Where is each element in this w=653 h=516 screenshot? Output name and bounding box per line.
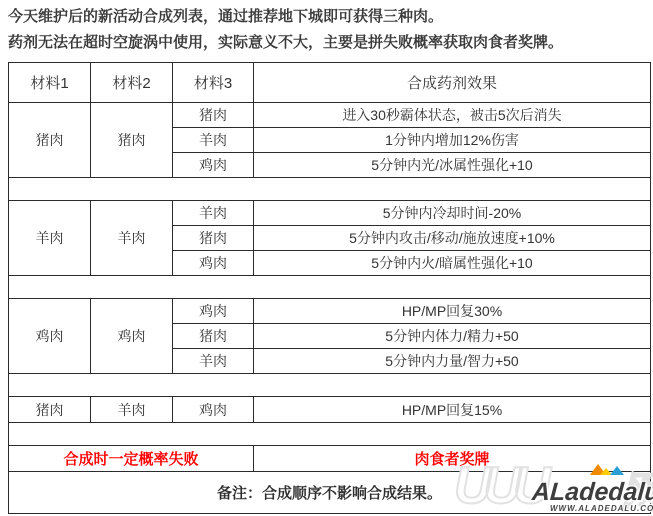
spacer-cell	[9, 374, 651, 397]
effect-cell: 5分钟内力量/智力+50	[254, 349, 651, 374]
material-cell: 猪肉	[9, 103, 91, 178]
synthesis-table: 材料1 材料2 材料3 合成药剂效果 猪肉 猪肉 猪肉 进入30秒霸体状态，被击…	[8, 62, 651, 514]
spacer-cell	[9, 276, 651, 299]
header-material-3: 材料3	[173, 63, 254, 103]
material-cell: 鸡肉	[173, 397, 254, 423]
material-cell: 羊肉	[173, 349, 254, 374]
spacer-cell	[9, 423, 651, 446]
effect-cell: 5分钟内攻击/移动/施放速度+10%	[254, 226, 651, 251]
spacer-row	[9, 276, 651, 299]
effect-cell: 5分钟内体力/精力+50	[254, 324, 651, 349]
failure-note-cell: 合成时一定概率失败	[9, 446, 254, 472]
material-cell: 羊肉	[91, 201, 173, 276]
table-row: 猪肉 猪肉 猪肉 进入30秒霸体状态，被击5次后消失	[9, 103, 651, 128]
material-cell: 羊肉	[91, 397, 173, 423]
material-cell: 猪肉	[173, 226, 254, 251]
material-cell: 鸡肉	[9, 299, 91, 374]
table-row: 羊肉 羊肉 羊肉 5分钟内冷却时间-20%	[9, 201, 651, 226]
spacer-cell	[9, 178, 651, 201]
material-cell: 猪肉	[173, 324, 254, 349]
page: 今天维护后的新活动合成列表，通过推荐地下城即可获得三种肉。 药剂无法在超时空旋涡…	[0, 0, 653, 516]
material-cell: 猪肉	[173, 103, 254, 128]
effect-cell: HP/MP回复15%	[254, 397, 651, 423]
effect-cell: HP/MP回复30%	[254, 299, 651, 324]
material-cell: 羊肉	[9, 201, 91, 276]
table-row: 猪肉 羊肉 鸡肉 HP/MP回复15%	[9, 397, 651, 423]
spacer-row	[9, 178, 651, 201]
failure-row: 合成时一定概率失败 肉食者奖牌	[9, 446, 651, 472]
material-cell: 猪肉	[9, 397, 91, 423]
material-cell: 猪肉	[91, 103, 173, 178]
material-cell: 鸡肉	[173, 299, 254, 324]
material-cell: 羊肉	[173, 201, 254, 226]
table-row: 鸡肉 鸡肉 鸡肉 HP/MP回复30%	[9, 299, 651, 324]
header-material-1: 材料1	[9, 63, 91, 103]
material-cell: 鸡肉	[91, 299, 173, 374]
effect-cell: 5分钟内火/暗属性强化+10	[254, 251, 651, 276]
material-cell: 鸡肉	[173, 153, 254, 178]
header-effect: 合成药剂效果	[254, 63, 651, 103]
material-cell: 羊肉	[173, 128, 254, 153]
note-cell: 备注：合成顺序不影响合成结果。	[9, 472, 651, 514]
reward-cell: 肉食者奖牌	[254, 446, 651, 472]
intro-line-1: 今天维护后的新活动合成列表，通过推荐地下城即可获得三种肉。	[8, 4, 563, 30]
header-row: 材料1 材料2 材料3 合成药剂效果	[9, 63, 651, 103]
spacer-row	[9, 423, 651, 446]
effect-cell: 5分钟内光/冰属性强化+10	[254, 153, 651, 178]
intro-line-2: 药剂无法在超时空旋涡中使用，实际意义不大，主要是拼失败概率获取肉食者奖牌。	[8, 30, 563, 56]
note-row: 备注：合成顺序不影响合成结果。	[9, 472, 651, 514]
effect-cell: 1分钟内增加12%伤害	[254, 128, 651, 153]
effect-cell: 5分钟内冷却时间-20%	[254, 201, 651, 226]
header-material-2: 材料2	[91, 63, 173, 103]
effect-cell: 进入30秒霸体状态，被击5次后消失	[254, 103, 651, 128]
intro-text: 今天维护后的新活动合成列表，通过推荐地下城即可获得三种肉。 药剂无法在超时空旋涡…	[8, 4, 563, 56]
material-cell: 鸡肉	[173, 251, 254, 276]
spacer-row	[9, 374, 651, 397]
